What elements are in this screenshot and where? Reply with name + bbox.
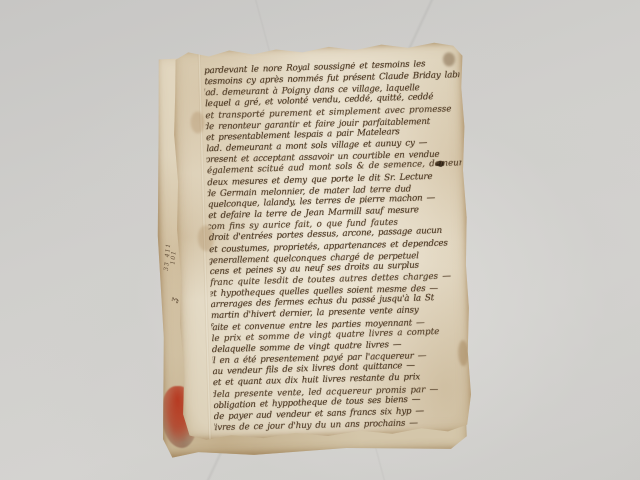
margin-annotation-number: 101 — [170, 250, 177, 265]
manuscript-page: pardevant le nore Royal soussigné et tes… — [171, 40, 475, 442]
handwritten-text: pardevant le nore Royal soussigné et tes… — [204, 59, 469, 435]
